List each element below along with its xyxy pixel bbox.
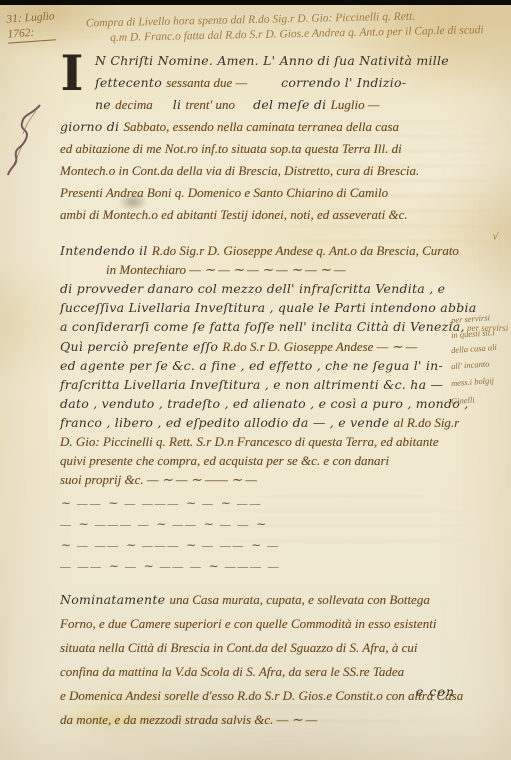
text-line: giorno di Sabbato, essendo nella caminat… (60, 115, 483, 137)
text-line: a conſiderarſi come ſe fatta foſſe nell'… (60, 317, 483, 337)
printed-text: giorno di (60, 119, 124, 134)
handwritten-text: D. Gio: Piccinelli q. Rett. S.r D.n Fran… (60, 434, 439, 449)
printed-text: fraſcritta Livellaria Inveſtitura , e no… (60, 377, 443, 392)
printed-text: ſettecento (95, 75, 166, 90)
document-body: IN Chriſti Nomine. Amen. L' Anno di ſua … (0, 5, 511, 731)
handwritten-text: ambi di Montech.o ed abitanti Testij ido… (60, 207, 408, 222)
printed-text: dato , venduto , tradeſto , ed alienato … (60, 396, 468, 411)
handwritten-text: suoi proprij &c. — ∼ — ∼ —— ∼ — (60, 472, 257, 487)
handwritten-text: da monte, e da mezzodì strada salvis &c.… (60, 712, 317, 727)
handwritten-text: Sabbato, essendo nella caminata terranea… (124, 119, 400, 134)
filler-flourish-line: ∼ —— ∼ — ——— ∼ — ∼ —— (60, 493, 483, 514)
printed-text: N Chriſti Nomine. Amen. L' Anno di ſua N… (95, 53, 449, 68)
printed-text: ne (95, 97, 115, 112)
printed-text: Quì perciò preſente eſſo (60, 339, 222, 354)
filler-flourish-line: — —— ∼ — ∼ —— — ∼ ——— — (60, 556, 483, 577)
text-line: Forno, e due Camere superiori e con quel… (60, 611, 483, 635)
text-line: ambi di Montech.o ed abitanti Testij ido… (60, 203, 483, 225)
printed-text: a conſiderarſi come ſe fatta foſſe nell'… (60, 319, 465, 334)
handwritten-text: e Domenica Andesi sorelle d'esso R.do S.… (60, 688, 463, 703)
text-line: Montech.o in Cont.da della via di Bresci… (60, 159, 483, 181)
text-line: ed agente per ſe &c. a fine , ed effetto… (60, 356, 483, 375)
printed-text: del meſe di (253, 97, 331, 112)
text-line: Intendendo il R.do Sig.r D. Gioseppe And… (60, 241, 483, 260)
text-line: di provveder danaro col mezzo dell' infr… (60, 279, 483, 298)
paragraph-opening: IN Chriſti Nomine. Amen. L' Anno di ſua … (60, 49, 483, 225)
text-line: N Chriſti Nomine. Amen. L' Anno di ſua N… (60, 49, 483, 71)
filler-flourish-line: — ∼ ——— — ∼ —— ∼ — — ∼ (60, 514, 483, 535)
handwritten-text: al R.do Sig.r (394, 415, 460, 430)
printed-text: franco , libero , ed eſpedito allodio da… (60, 415, 394, 430)
handwritten-text: sessanta due — (166, 75, 247, 90)
handwritten-text: Montech.o in Cont.da della via di Bresci… (60, 163, 419, 178)
text-line: franco , libero , ed eſpedito allodio da… (60, 413, 483, 432)
handwritten-text: Forno, e due Camere superiori e con quel… (60, 616, 436, 631)
paragraph-constitution: Intendendo il R.do Sig.r D. Gioseppe And… (60, 241, 483, 489)
text-line: D. Gio: Piccinelli q. Rett. S.r D.n Fran… (60, 432, 483, 451)
text-line: ed abitazione di me Not.ro inf.to situat… (60, 137, 483, 159)
printed-text: Nominatamente (60, 592, 170, 607)
handwritten-text: R.do Sig.r D. Gioseppe Andese q. Ant.o d… (152, 243, 459, 258)
handwritten-text: Luglio — (331, 97, 380, 112)
handwritten-text: quivi presente che compra, ed acquista p… (60, 453, 389, 468)
text-line: Quì perciò preſente eſſo R.do S.r D. Gio… (60, 337, 483, 356)
text-line: dato , venduto , tradeſto , ed alienato … (60, 394, 483, 413)
text-line: suoi proprij &c. — ∼ — ∼ —— ∼ — (60, 470, 483, 489)
text-line: confina da mattina la V.da Scola di S. A… (60, 659, 483, 683)
text-line: quivi presente che compra, ed acquista p… (60, 451, 483, 470)
handwritten-text: ed abitazione di me Not.ro inf.to situat… (60, 141, 402, 156)
printed-text: di provveder danaro col mezzo dell' infr… (60, 281, 445, 296)
handwritten-text: Presenti Andrea Boni q. Domenico e Santo… (60, 185, 388, 200)
drop-cap-initial: I (56, 52, 88, 94)
handwritten-text: trent' uno (185, 97, 235, 112)
text-line: fraſcritta Livellaria Inveſtitura , e no… (60, 375, 483, 394)
printed-text: ſucceſſiva Livellaria Inveſtitura , qual… (60, 300, 476, 315)
paragraph-property: Nominatamente una Casa murata, cupata, e… (60, 587, 483, 731)
text-line: ne decimali trent' unodel meſe di Luglio… (60, 93, 483, 115)
paragraph-spacer-flourishes: ∼ —— ∼ — ——— ∼ — ∼ ——— ∼ ——— — ∼ —— ∼ — … (60, 493, 483, 577)
text-line: ſettecento sessanta due —correndo l' Ind… (60, 71, 483, 93)
catchword: e con (416, 684, 455, 699)
handwritten-text: una Casa murata, cupata, e sollevata con… (170, 592, 430, 607)
text-line: in Montechiaro — ∼ — ∼ — ∼ — ∼ — ∼ — (60, 260, 483, 279)
text-line: situata nella Città di Brescia in Cont.d… (60, 635, 483, 659)
handwritten-text: confina da mattina la V.da Scola di S. A… (60, 664, 404, 679)
handwritten-text: decima (115, 97, 153, 112)
handwritten-text: R.do S.r D. Gioseppe Andese — ∼ — (222, 339, 417, 354)
handwritten-text: situata nella Città di Brescia in Cont.d… (60, 640, 418, 655)
printed-text: ed agente per ſe &c. a fine , ed effetto… (60, 358, 443, 373)
filler-flourish-line: ∼ — —— ∼ ——— ∼ — —— ∼ — (60, 535, 483, 556)
printed-text: li (173, 97, 186, 112)
text-line: Nominatamente una Casa murata, cupata, e… (60, 587, 483, 611)
printed-text: Intendendo il (60, 243, 152, 258)
text-line: Presenti Andrea Boni q. Domenico e Santo… (60, 181, 483, 203)
text-line: da monte, e da mezzodì strada salvis &c.… (60, 707, 483, 731)
text-line: ſucceſſiva Livellaria Inveſtitura , qual… (60, 298, 483, 317)
printed-text: correndo l' Indizio- (281, 75, 406, 90)
handwritten-text: in Montechiaro — ∼ — ∼ — ∼ — ∼ — ∼ — (106, 262, 346, 277)
